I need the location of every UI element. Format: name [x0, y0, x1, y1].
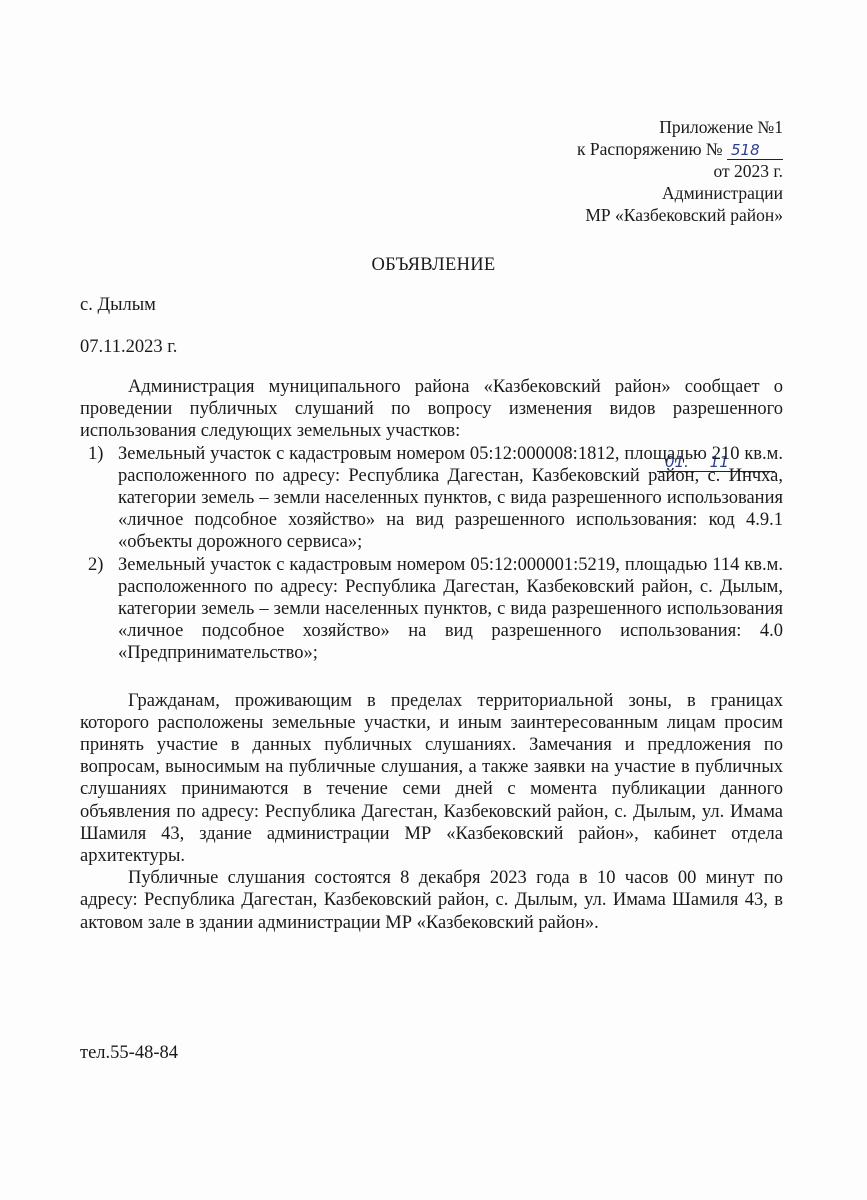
- document-page: Приложение №1 к Распоряжению № 518 от 01…: [0, 0, 867, 1200]
- handwritten-order-number: 518: [727, 141, 783, 160]
- order-date: от 01. 11 2023 г.: [577, 160, 783, 182]
- list-number: 2): [88, 554, 103, 576]
- appendix-header: Приложение №1 к Распоряжению № 518 от 01…: [577, 116, 783, 226]
- list-number: 1): [88, 443, 103, 465]
- hearing-paragraph: Публичные слушания состоятся 8 декабря 2…: [80, 867, 783, 934]
- document-place: с. Дылым: [80, 295, 156, 316]
- order-label: к Распоряжению №: [577, 139, 723, 159]
- list-item: 1) Земельный участок с кадастровым номер…: [80, 443, 783, 554]
- document-body: Администрация муниципального района «Каз…: [80, 376, 783, 934]
- participation-paragraph: Гражданам, проживающим в пределах террит…: [80, 690, 783, 868]
- appendix-line: Приложение №1: [577, 116, 783, 138]
- phone-number: тел.55-48-84: [80, 1043, 178, 1064]
- document-date: 07.11.2023 г.: [80, 337, 177, 358]
- list-item: 2) Земельный участок с кадастровым номер…: [80, 554, 783, 665]
- document-title: ОБЪЯВЛЕНИЕ: [0, 255, 867, 276]
- appendix-line: Администрации: [577, 182, 783, 204]
- year-label: 2023 г.: [734, 161, 783, 181]
- list-item-text: Земельный участок с кадастровым номером …: [118, 444, 783, 553]
- appendix-line: МР «Казбековский район»: [577, 204, 783, 226]
- land-plot-list: 1) Земельный участок с кадастровым номер…: [80, 443, 783, 665]
- order-reference: к Распоряжению № 518: [577, 138, 783, 160]
- spacer: [80, 665, 783, 690]
- date-label: от: [713, 161, 729, 181]
- intro-paragraph: Администрация муниципального района «Каз…: [80, 376, 783, 443]
- list-item-text: Земельный участок с кадастровым номером …: [118, 555, 783, 664]
